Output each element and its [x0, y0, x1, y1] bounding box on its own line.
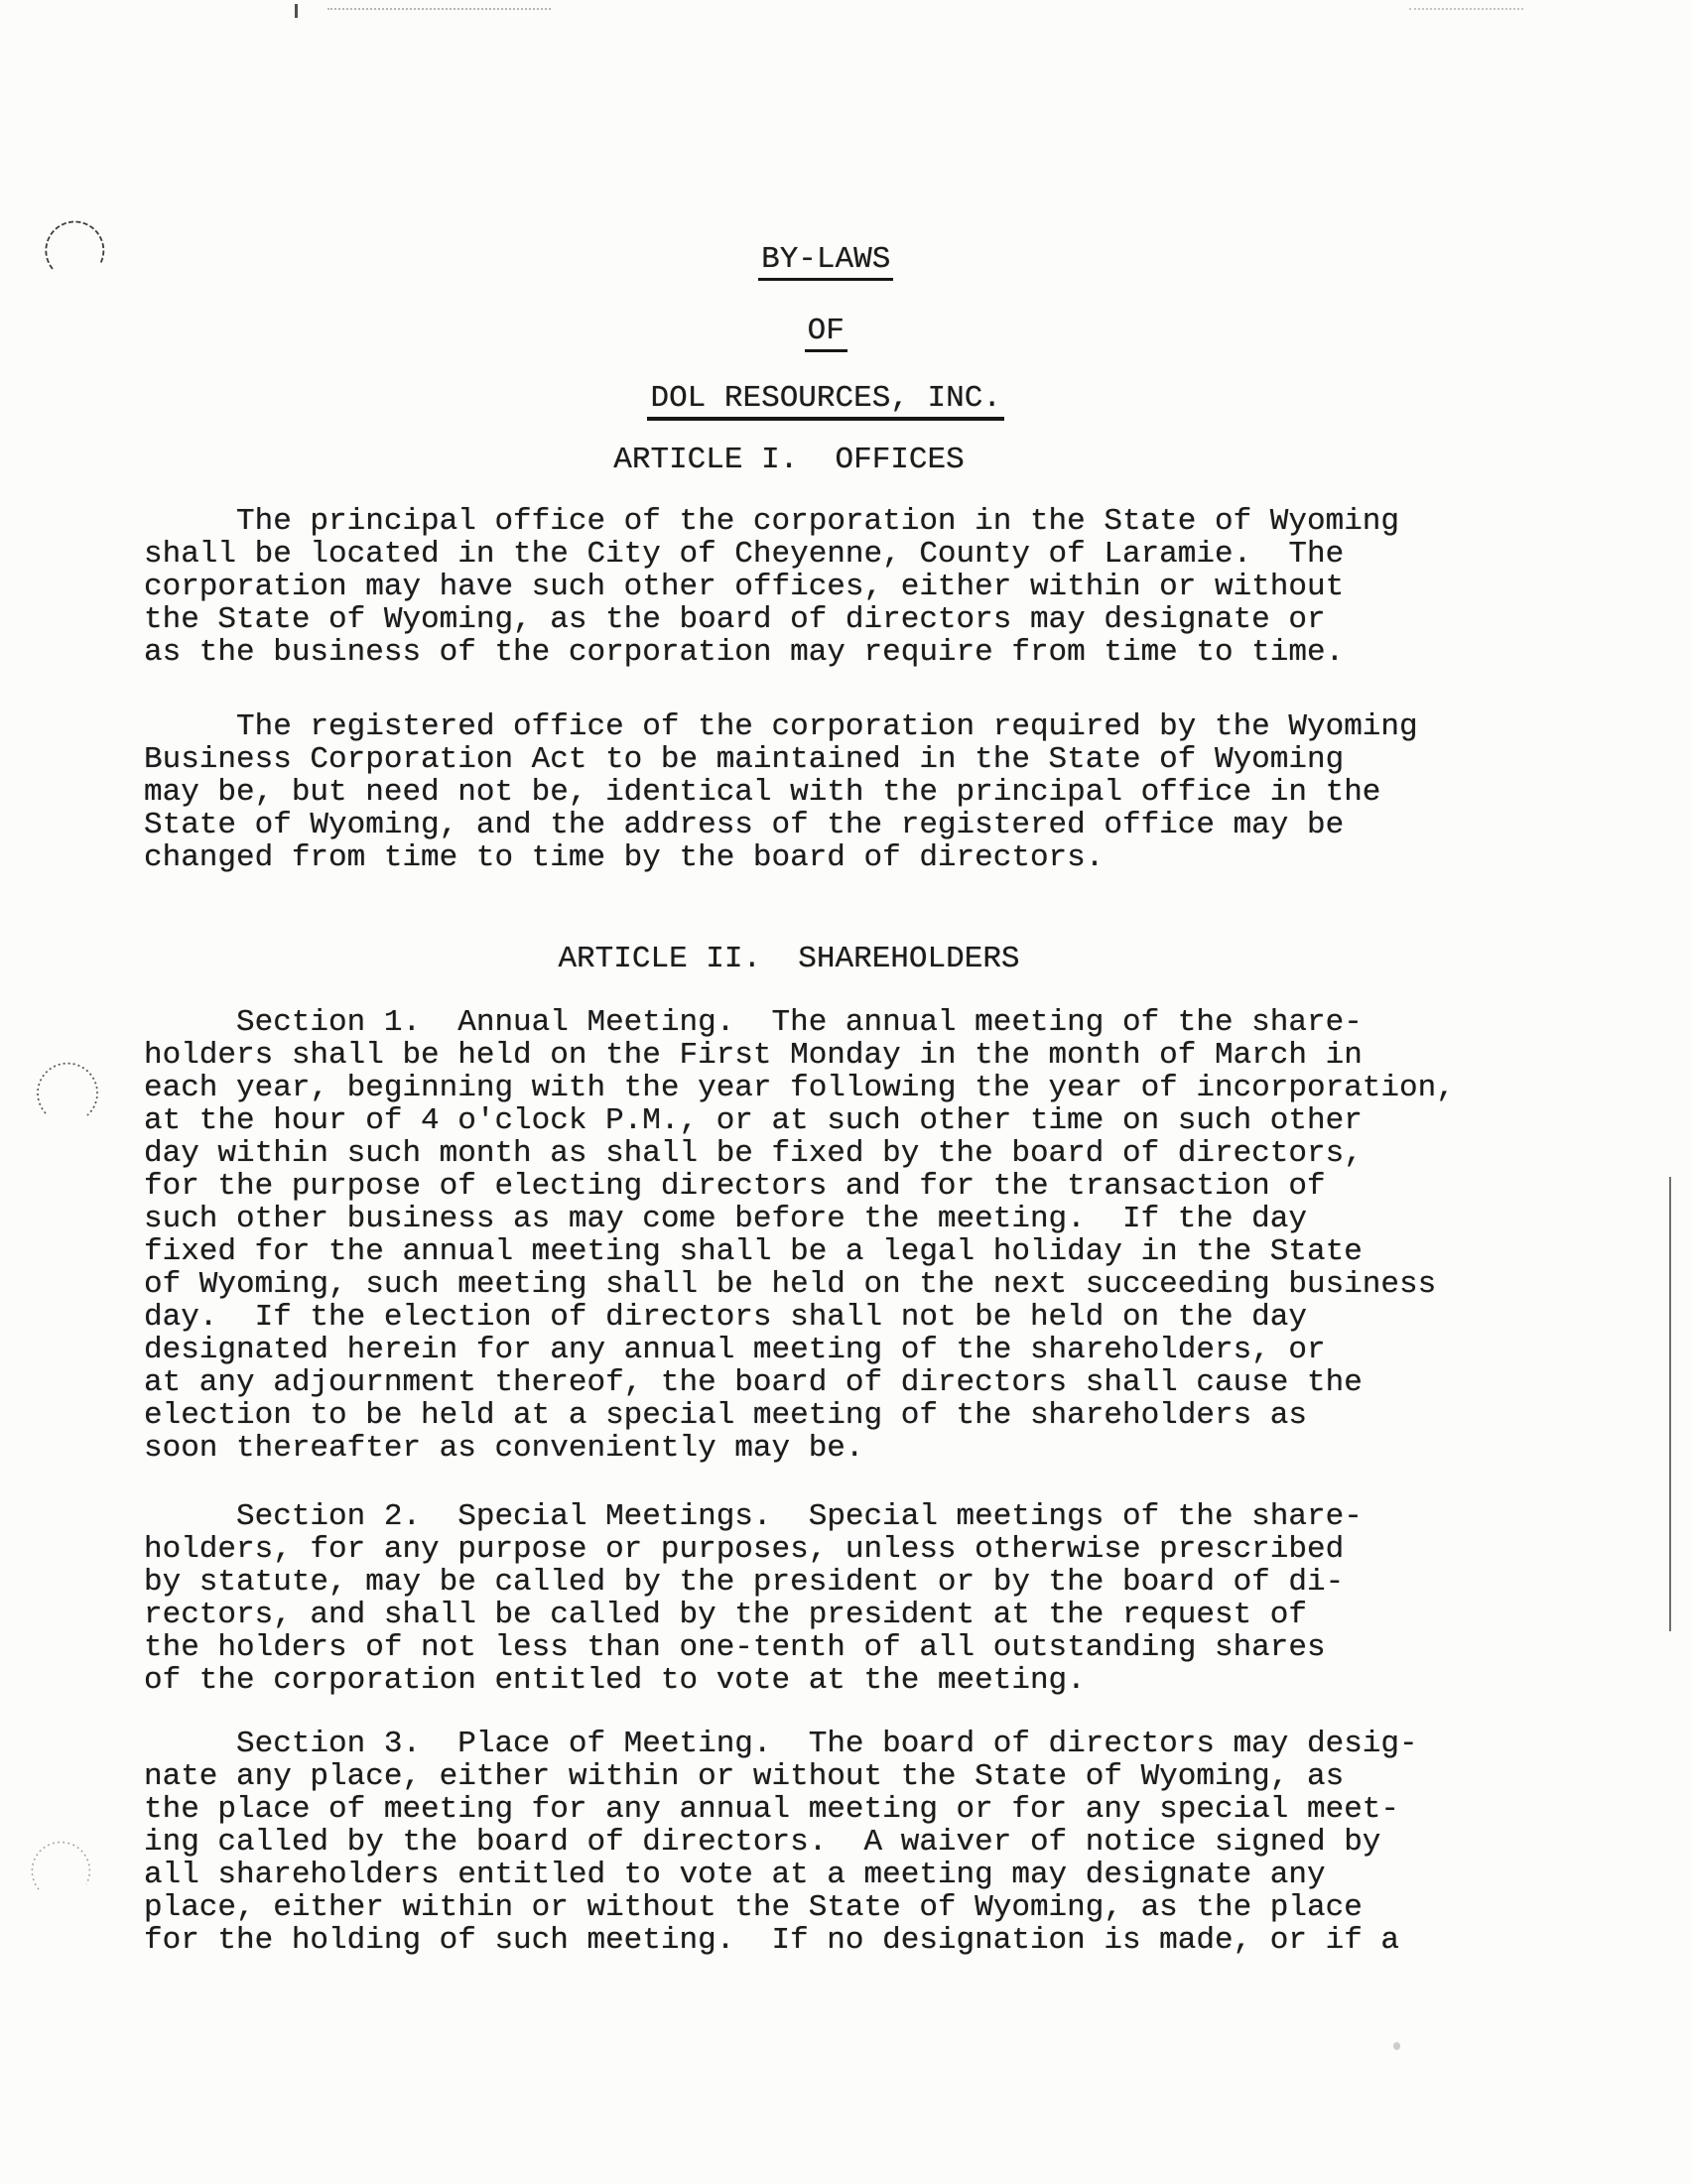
- scan-edge-line: [1669, 1177, 1671, 1631]
- scanned-bylaws-page: BY-LAWS OF DOL RESOURCES, INC. ARTICLE I…: [0, 0, 1692, 2184]
- doc-title-of-text: OF: [805, 315, 847, 352]
- article-1-paragraph-1: The principal office of the corporation …: [144, 505, 1479, 669]
- punch-hole-mark-bottom: [30, 1838, 95, 1903]
- scan-artifact-specks-left: [327, 8, 551, 10]
- article-2-section-3: Section 3. Place of Meeting. The board o…: [144, 1728, 1479, 1957]
- scan-artifact-dot: [1393, 2042, 1400, 2050]
- punch-hole-mark-top: [44, 217, 109, 283]
- article-1-heading: ARTICLE I. OFFICES: [144, 444, 1434, 476]
- punch-hole-mark-middle: [36, 1060, 105, 1129]
- article-2-section-2: Section 2. Special Meetings. Special mee…: [144, 1500, 1479, 1697]
- article-2-section-1: Section 1. Annual Meeting. The annual me…: [144, 1006, 1479, 1465]
- doc-title-company: DOL RESOURCES, INC.: [144, 349, 1434, 453]
- doc-title-company-text: DOL RESOURCES, INC.: [647, 382, 1003, 421]
- scan-artifact-specks-right: [1409, 8, 1523, 10]
- scan-artifact-tick: [295, 4, 298, 18]
- article-2-heading: ARTICLE II. SHAREHOLDERS: [144, 943, 1434, 975]
- article-1-paragraph-2: The registered office of the corporation…: [144, 710, 1479, 874]
- doc-title-bylaws-text: BY-LAWS: [758, 243, 893, 281]
